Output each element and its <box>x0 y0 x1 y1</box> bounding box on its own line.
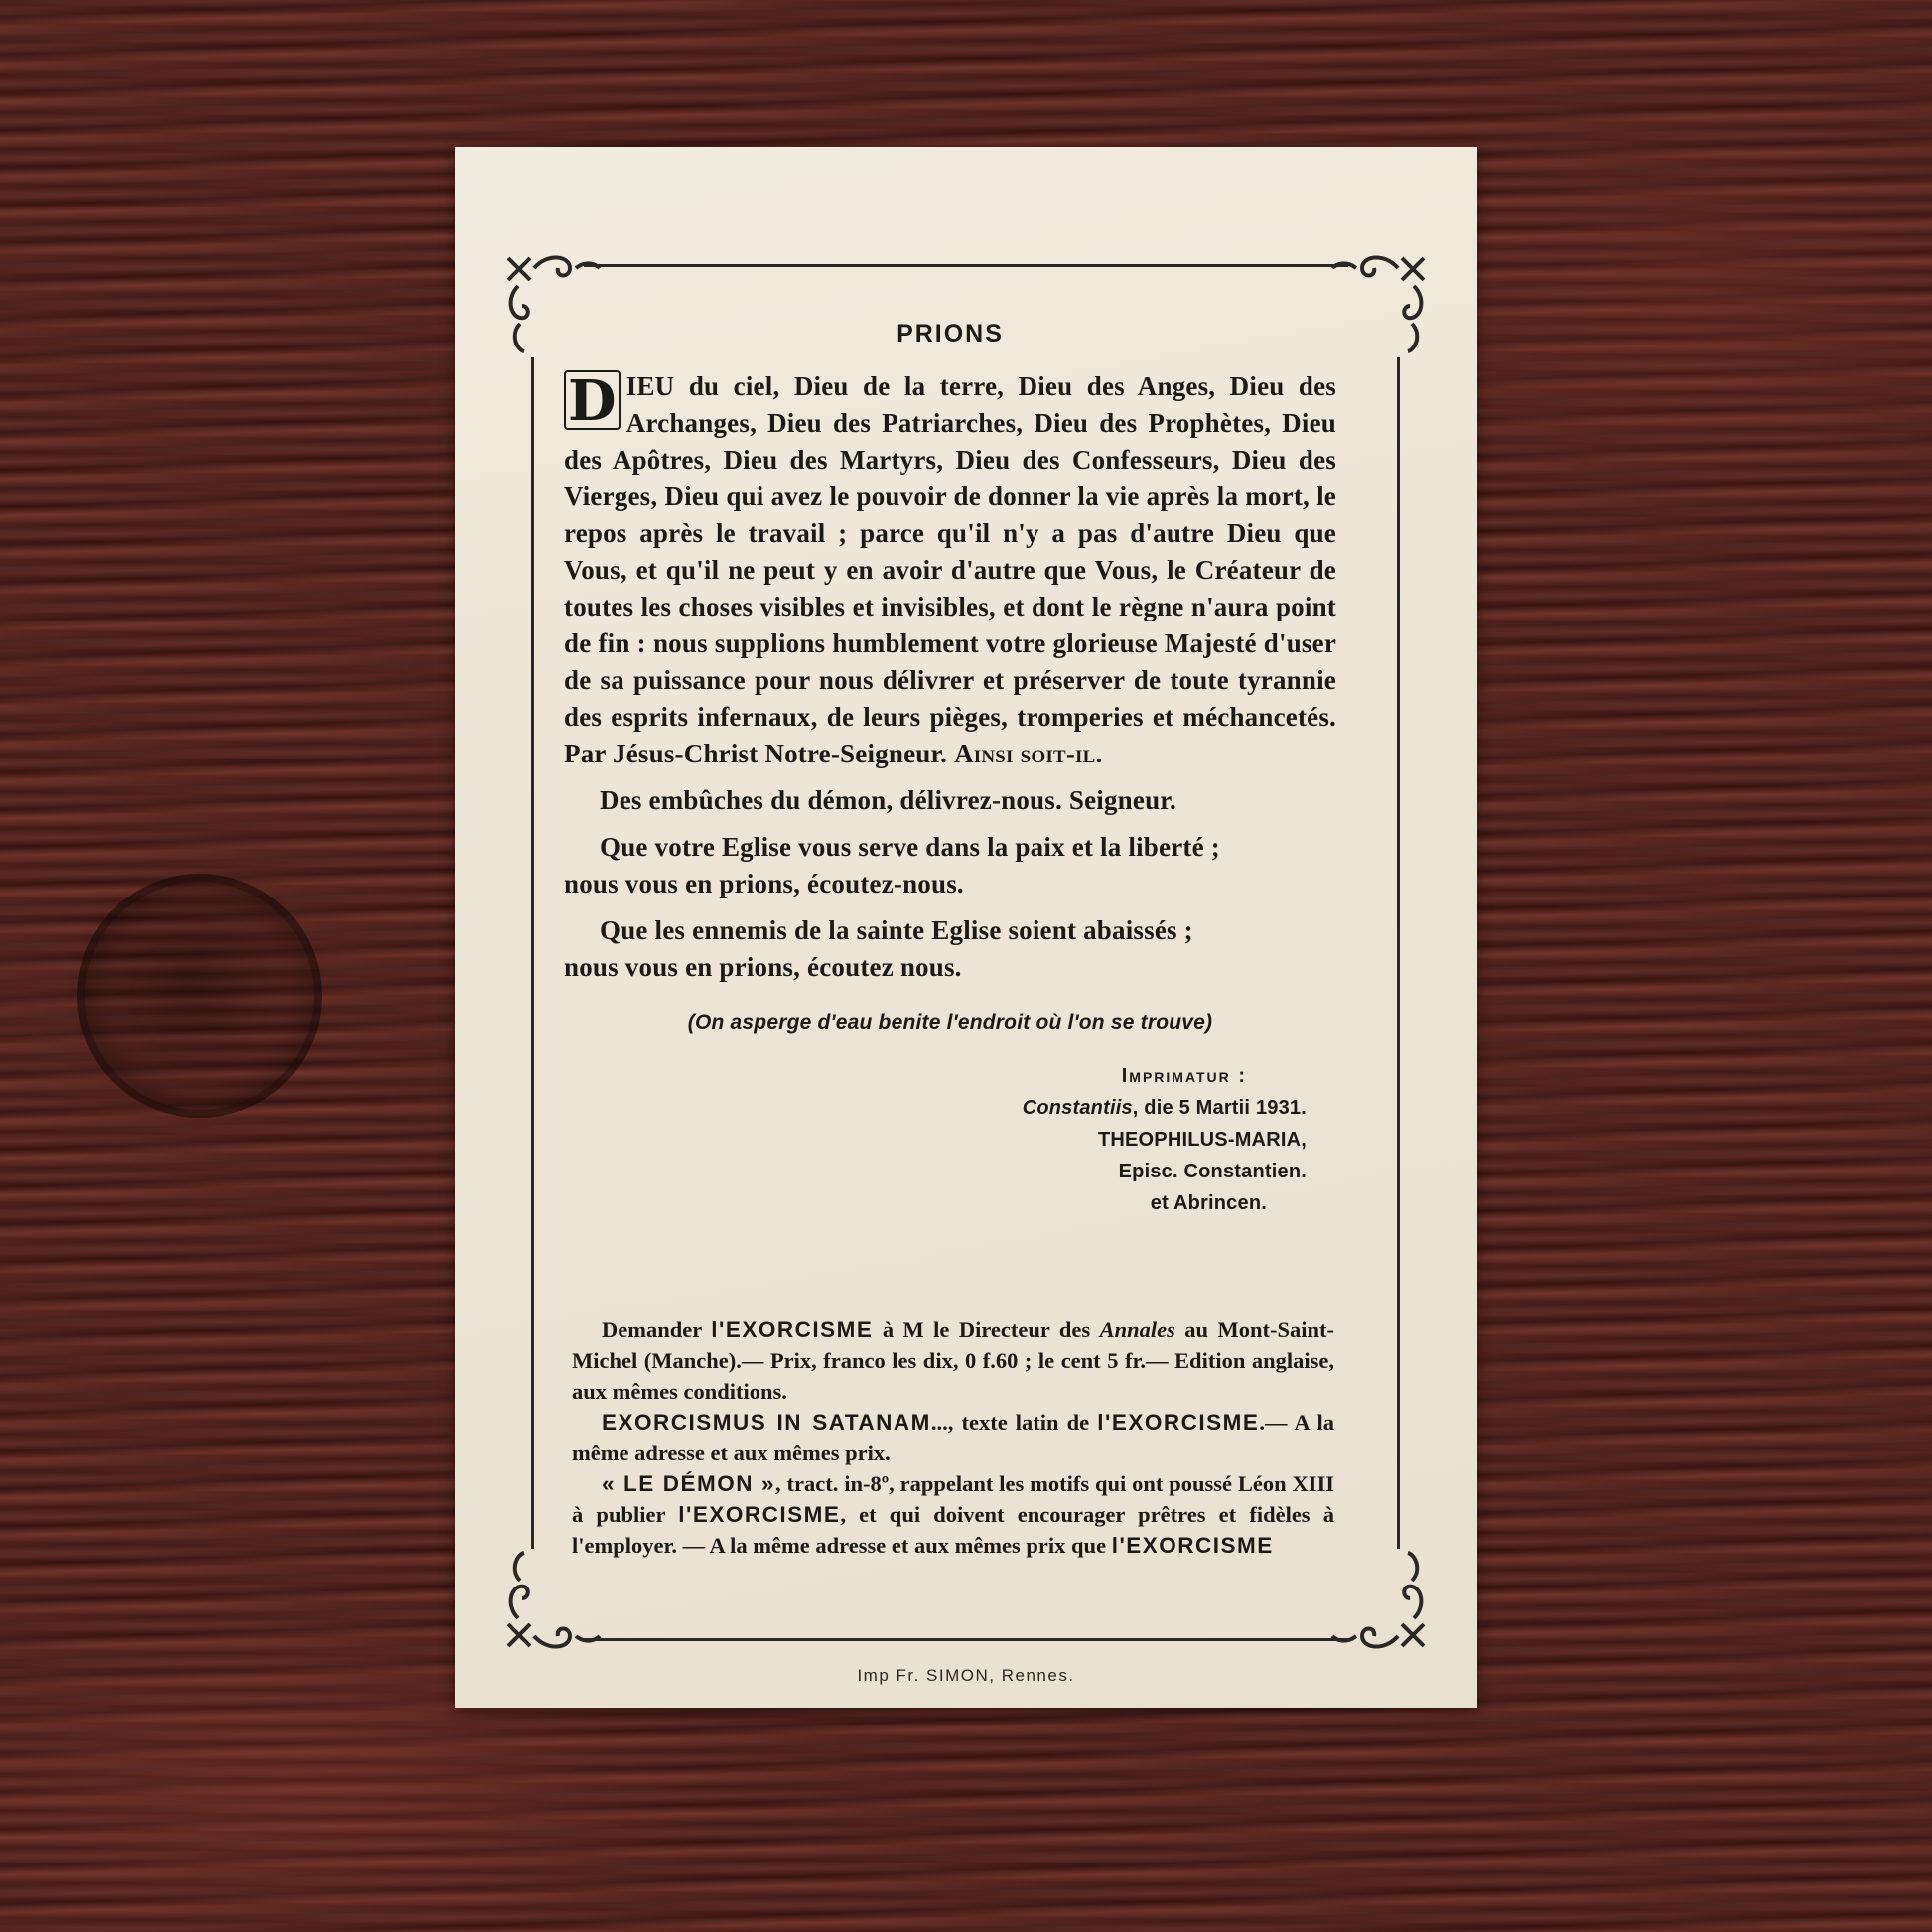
versicle: Que votre Eglise vous serve dans la paix… <box>564 829 1336 902</box>
imprimatur-block: Imprimatur : Constantiis, die 5 Martii 1… <box>564 1060 1336 1219</box>
corner-flourish-icon <box>500 1549 620 1658</box>
frame-border-top <box>584 264 1348 267</box>
versicle: Que les ennemis de la sainte Eglise soie… <box>564 912 1336 986</box>
prayer-card: PRIONS DIEU du ciel, Dieu de la terre, D… <box>455 147 1477 1708</box>
rubric-instruction: (On asperge d'eau benite l'endroit où l'… <box>564 1004 1336 1040</box>
notice-paragraph: « LE DÉMON », tract. in-8º, rappelant le… <box>572 1468 1334 1561</box>
printer-imprint: Imp Fr. SIMON, Rennes. <box>455 1666 1477 1686</box>
notice-emphasis: l'EXORCISME <box>1097 1410 1259 1435</box>
notice-paragraph: Demander l'EXORCISME à M le Directeur de… <box>572 1314 1334 1407</box>
imprimatur-heading: Imprimatur : <box>564 1060 1307 1092</box>
page-title: PRIONS <box>564 316 1336 352</box>
versicle: Des embûches du démon, délivrez-nous. Se… <box>564 782 1336 819</box>
prayer-paragraph: DIEU du ciel, Dieu de la terre, Dieu des… <box>564 368 1336 772</box>
versicle-line: Que votre Eglise vous serve dans la paix… <box>600 832 1220 862</box>
notice-text: Demander <box>602 1317 711 1342</box>
versicle-line: Des embûches du démon, délivrez-nous. Se… <box>600 785 1176 815</box>
wood-knot <box>77 874 322 1118</box>
versicle-line: Que les ennemis de la sainte Eglise soie… <box>600 915 1193 945</box>
corner-flourish-icon <box>1312 1549 1432 1658</box>
imprimatur-title-2: et Abrincen. <box>564 1187 1307 1219</box>
frame-border-left <box>531 357 534 1549</box>
imprimatur-title-1: Episc. Constantien. <box>564 1156 1307 1187</box>
frame-border-right <box>1397 357 1400 1549</box>
card-content: PRIONS DIEU du ciel, Dieu de la terre, D… <box>564 316 1336 1219</box>
notice-text: ..., texte latin de <box>931 1410 1097 1435</box>
dropcap-letter: D <box>564 370 621 430</box>
ordering-notice: Demander l'EXORCISME à M le Directeur de… <box>572 1314 1334 1561</box>
notice-text: à M le Directeur des <box>873 1317 1099 1342</box>
imprimatur-place: Constantiis <box>1023 1097 1133 1119</box>
prayer-body: du ciel, Dieu de la terre, Dieu des Ange… <box>564 371 1336 768</box>
dropcap-continuation: IEU <box>626 371 675 401</box>
prayer-amen: Ainsi soit-il. <box>954 739 1102 768</box>
imprimatur-date: , die 5 Martii 1931. <box>1133 1097 1307 1119</box>
notice-emphasis: « LE DÉMON » <box>602 1471 775 1496</box>
notice-italic: Annales <box>1100 1317 1175 1342</box>
frame-border-bottom <box>584 1638 1348 1641</box>
notice-paragraph: EXORCISMUS IN SATANAM..., texte latin de… <box>572 1407 1334 1468</box>
imprimatur-bishop: THEOPHILUS-MARIA, <box>564 1124 1307 1156</box>
notice-emphasis: l'EXORCISME <box>678 1502 840 1527</box>
notice-emphasis: l'EXORCISME <box>1112 1533 1274 1558</box>
versicle-response: nous vous en prions, écoutez-nous. <box>564 866 1336 902</box>
notice-emphasis: l'EXORCISME <box>711 1317 873 1342</box>
versicle-response: nous vous en prions, écoutez nous. <box>564 949 1336 986</box>
notice-emphasis: EXORCISMUS IN SATANAM <box>602 1410 931 1435</box>
imprimatur-date-line: Constantiis, die 5 Martii 1931. <box>564 1092 1307 1124</box>
